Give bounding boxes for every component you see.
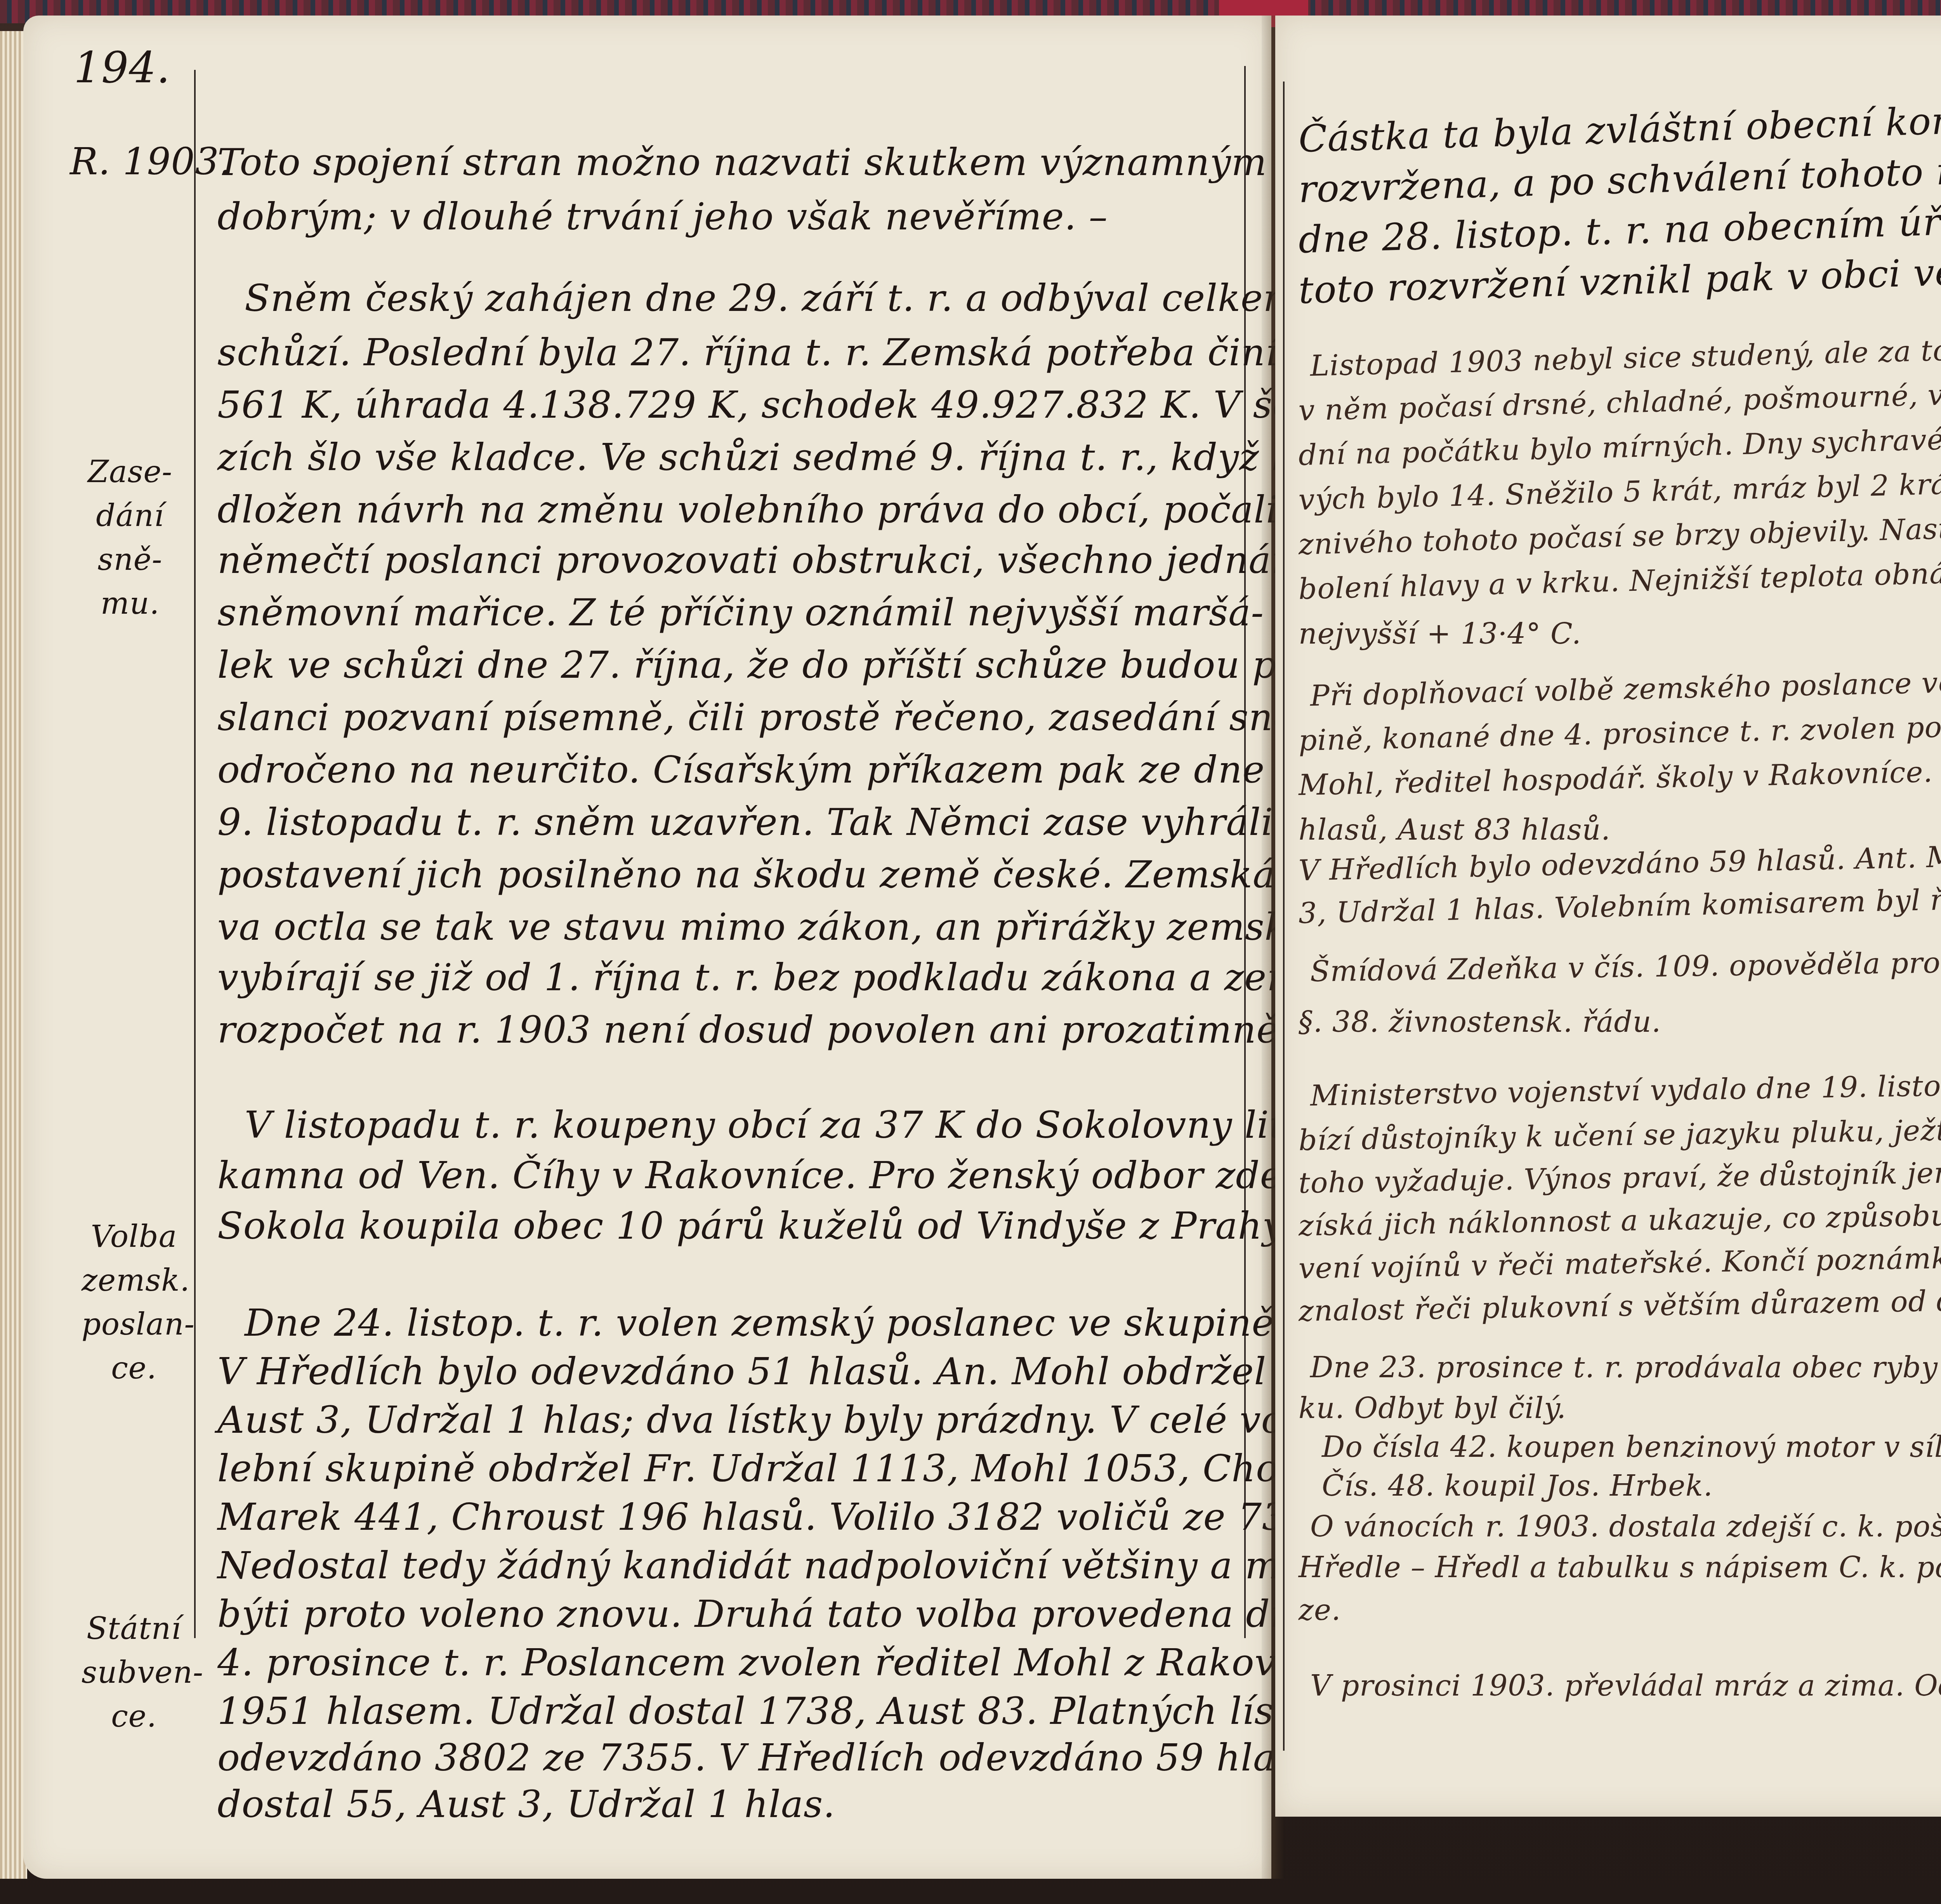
margin-note-line: Zase- xyxy=(82,450,179,494)
text-line: postavení jich posilněno na škodu země č… xyxy=(217,856,1385,893)
text-line: nejvyšší + 13·4° C. xyxy=(1299,617,1581,651)
text-line: Dne 23. prosince t. r. prodávala obec ry… xyxy=(1310,1351,1941,1384)
text-line: O vánocích r. 1903. dostala zdejší c. k.… xyxy=(1310,1510,1941,1543)
text-line: toho vyžaduje. Výnos praví, že důstojník… xyxy=(1298,1152,1941,1200)
text-line: vybírají se již od 1. října t. r. bez po… xyxy=(217,959,1366,996)
text-line: získá jich náklonnost a ukazuje, co způs… xyxy=(1298,1194,1941,1243)
text-line: rozpočet na r. 1903 není dosud povolen a… xyxy=(217,1011,1322,1048)
text-line: sněmovní mařice. Z té příčiny oznámil ne… xyxy=(217,594,1264,631)
text-line: Marek 441, Chroust 196 hlasů. Volilo 318… xyxy=(217,1498,1347,1536)
text-line: hlasů, Aust 83 hlasů. xyxy=(1299,813,1611,847)
text-line: vení vojínů v řeči mateřské. Končí pozná… xyxy=(1298,1237,1941,1285)
text-line: bízí důstojníky k učení se jazyku pluku,… xyxy=(1298,1109,1941,1157)
text-line: Hředle – Hředl a tabulku s nápisem C. k.… xyxy=(1299,1551,1941,1584)
text-line: odročeno na neurčito. Císařským příkazem… xyxy=(217,751,1265,788)
text-line: Dne 24. listop. t. r. volen zemský posla… xyxy=(245,1304,1409,1342)
text-line: Sněm český zahájen dne 29. září t. r. a … xyxy=(245,279,1359,317)
text-line: slanci pozvaní písemně, čili prostě řeče… xyxy=(217,699,1356,736)
text-line: Sokola koupila obec 10 párů kuželů od Vi… xyxy=(217,1207,1291,1244)
text-line: Částka ta byla zvláštní obecní komisí me… xyxy=(1298,87,1941,158)
text-line: V prosinci 1903. převládal mráz a zima. … xyxy=(1310,1669,1941,1703)
right-page: 195. R. 1903. Počasí v listopad. Doplňov… xyxy=(1275,16,1941,1817)
text-line: Ministerstvo vojenství vydalo dne 19. li… xyxy=(1310,1064,1941,1113)
text-line: 4. prosince t. r. Poslancem zvolen ředit… xyxy=(217,1644,1358,1681)
text-line: dostal 55, Aust 3, Udržal 1 hlas. xyxy=(217,1786,835,1823)
text-line: býti proto voleno znovu. Druhá tato volb… xyxy=(217,1595,1317,1633)
text-line: V Hředlích bylo odevzdáno 51 hlasů. An. … xyxy=(217,1353,1339,1390)
margin-note-line: Volba xyxy=(82,1215,186,1259)
text-line: 1951 hlasem. Udržal dostal 1738, Aust 83… xyxy=(217,1692,1337,1730)
page-number: 194. xyxy=(74,43,170,92)
text-line: V listopadu t. r. koupeny obcí za 37 K d… xyxy=(245,1106,1307,1144)
margin-note-line: mu. xyxy=(82,582,179,626)
text-line: ze. xyxy=(1299,1593,1341,1627)
text-line: Čís. 48. koupil Jos. Hrbek. xyxy=(1322,1469,1713,1503)
text-line: Aust 3, Udržal 1 hlas; dva lístky byly p… xyxy=(217,1401,1297,1439)
margin-note-line: ce. xyxy=(82,1347,186,1390)
text-line: Nedostal tedy žádný kandidát nadpolovičn… xyxy=(217,1547,1337,1584)
text-line: dložen návrh na změnu volebního práva do… xyxy=(217,491,1278,528)
margin-note-line: Státní xyxy=(82,1607,186,1651)
text-line: ku. Odbyt byl čilý. xyxy=(1299,1392,1566,1425)
text-line: odevzdáno 3802 ze 7355. V Hředlích odevz… xyxy=(217,1739,1442,1776)
text-line: schůzí. Poslední byla 27. října t. r. Ze… xyxy=(217,334,1435,371)
margin-note-subvence: Státní subven- ce. xyxy=(82,1607,186,1739)
margin-note-line: poslan- xyxy=(82,1303,186,1347)
text-line: lební skupině obdržel Fr. Udržal 1113, M… xyxy=(217,1450,1397,1487)
right-left-rule xyxy=(1283,82,1285,1751)
text-line: bolení hlavy a v krku. Nejnižší teplota … xyxy=(1298,552,1941,606)
text-line: Toto spojení stran možno nazvati skutkem… xyxy=(217,144,1302,181)
margin-note-line: zemsk. xyxy=(82,1259,186,1303)
margin-note-line: sně- xyxy=(82,538,179,582)
text-line: znalost řeči plukovní s větším důrazem o… xyxy=(1298,1279,1941,1328)
left-page: 194. R. 1903. Zase- dání sně- mu. Volba … xyxy=(23,16,1271,1879)
text-line: Při doplňovací volbě zemského poslance v… xyxy=(1310,660,1941,713)
text-line: 9. listopadu t. r. sněm uzavřen. Tak Něm… xyxy=(217,804,1308,841)
text-line: Mohl, ředitel hospodář. školy v Rakovníc… xyxy=(1298,748,1941,802)
margin-note-line: dání xyxy=(82,494,179,538)
margin-note-line: subven- xyxy=(82,1651,186,1695)
text-line: zích šlo vše kladce. Ve schůzi sedmé 9. … xyxy=(217,439,1420,476)
left-margin-rule xyxy=(194,70,196,1638)
text-line: znivého tohoto počasí se brzy objevily. … xyxy=(1298,506,1941,561)
text-line: Listopad 1903 nebyl sice studený, ale za… xyxy=(1310,327,1941,383)
year-marker: R. 1903. xyxy=(70,140,231,183)
text-line: dobrým; v dlouhé trvání jeho však nevěří… xyxy=(217,198,1108,235)
text-line: Do čísla 42. koupen benzinový motor v sí… xyxy=(1322,1430,1941,1464)
text-line: §. 38. živnostensk. řádu. xyxy=(1299,1005,1661,1039)
text-line: Šmídová Zdeňka v čís. 109. opověděla pro… xyxy=(1310,942,1941,988)
text-line: němečtí poslanci provozovati obstrukci, … xyxy=(217,542,1308,579)
margin-note-line: ce. xyxy=(82,1695,186,1739)
text-line: kamna od Ven. Číhy v Rakovníce. Pro žens… xyxy=(217,1157,1373,1194)
text-line: lek ve schůzi dne 27. října, že do příšt… xyxy=(217,646,1312,684)
text-line: va octla se tak ve stavu mimo zákon, an … xyxy=(217,908,1310,946)
margin-note-zasedani: Zase- dání sně- mu. xyxy=(82,450,179,626)
margin-note-volba: Volba zemsk. poslan- ce. xyxy=(82,1215,186,1390)
